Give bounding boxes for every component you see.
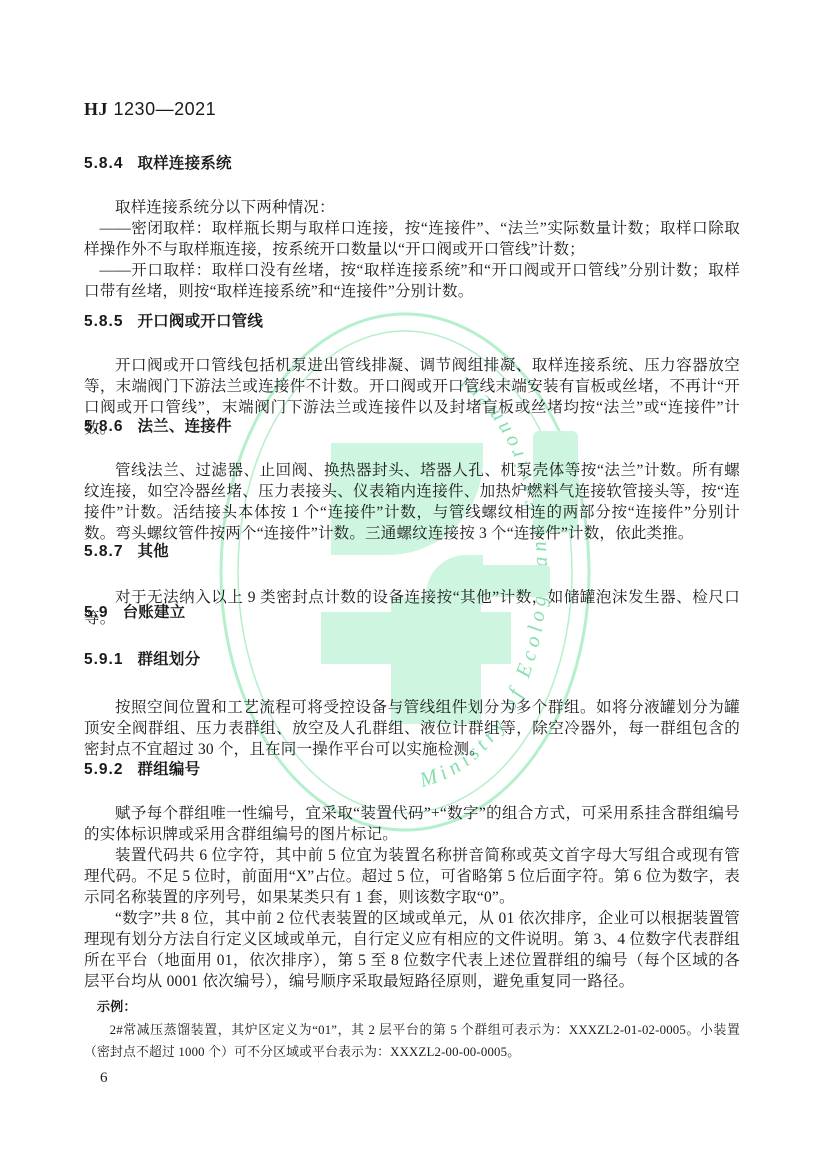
paragraph-584-closed-sampling: ——密闭取样：取样瓶长期与取样口连接，按“连接件”、“法兰”实际数量计数；取样口… <box>84 218 740 260</box>
section-title: 取样连接系统 <box>137 155 231 172</box>
paragraph-592-device-code: 装置代码共 6 位字符，其中前 5 位宜为装置名称拼音简称或英文首字母大写组合或… <box>84 845 740 908</box>
section-number: 5.8.5 <box>84 313 123 330</box>
watermark-seal: Ministry of Ecology and Environment <box>0 0 826 1169</box>
paragraph-591: 按照空间位置和工艺流程可将受控设备与管线组件划分为多个群组。如将分液罐划分为罐顶… <box>84 697 740 760</box>
paragraph-584-intro: 取样连接系统分以下两种情况： <box>84 197 740 218</box>
doc-header-code: 1230—2021 <box>114 99 217 119</box>
example-text: 2#常减压蒸馏装置，其炉区定义为“01”，其 2 层平台的第 5 个群组可表示为… <box>84 1019 740 1063</box>
section-title: 群组编号 <box>137 761 200 778</box>
paragraph-592-numbering: 赋予每个群组唯一性编号，宜采取“装置代码”+“数字”的组合方式，可采用系挂含群组… <box>84 803 740 845</box>
doc-header-prefix: HJ <box>84 99 108 119</box>
section-number: 5.8.4 <box>84 155 123 172</box>
section-number: 5.8.6 <box>84 418 123 435</box>
section-title: 台账建立 <box>123 604 186 621</box>
section-number: 5.9 <box>84 604 109 621</box>
section-heading-587: 5.8.7其他 <box>84 541 740 562</box>
section-heading-59: 5.9台账建立 <box>84 602 740 623</box>
example-label: 示例： <box>84 998 740 1016</box>
paragraph-586: 管线法兰、过滤器、止回阀、换热器封头、塔器人孔、机泵壳体等按“法兰”计数。所有螺… <box>84 460 740 544</box>
section-title: 开口阀或开口管线 <box>137 313 263 330</box>
section-title: 其他 <box>137 543 168 560</box>
section-heading-586: 5.8.6法兰、连接件 <box>84 416 740 437</box>
paragraph-584-open-sampling: ——开口取样：取样口没有丝堵，按“取样连接系统”和“开口阀或开口管线”分别计数；… <box>84 260 740 302</box>
paragraph-592-digits: “数字”共 8 位，其中前 2 位代表装置的区域或单元，从 01 依次排序，企业… <box>84 908 740 992</box>
section-heading-591: 5.9.1群组划分 <box>84 649 740 670</box>
page-number: 6 <box>100 1068 108 1088</box>
document-page: Ministry of Ecology and Environment HJ 1… <box>0 0 826 1169</box>
section-heading-585: 5.8.5开口阀或开口管线 <box>84 311 740 332</box>
section-number: 5.8.7 <box>84 543 123 560</box>
section-heading-592: 5.9.2群组编号 <box>84 759 740 780</box>
section-title: 群组划分 <box>137 651 200 668</box>
section-number: 5.9.1 <box>84 651 123 668</box>
doc-header: HJ 1230—2021 <box>84 98 740 120</box>
section-heading-584: 5.8.4取样连接系统 <box>84 153 740 174</box>
section-number: 5.9.2 <box>84 761 123 778</box>
section-title: 法兰、连接件 <box>137 418 231 435</box>
